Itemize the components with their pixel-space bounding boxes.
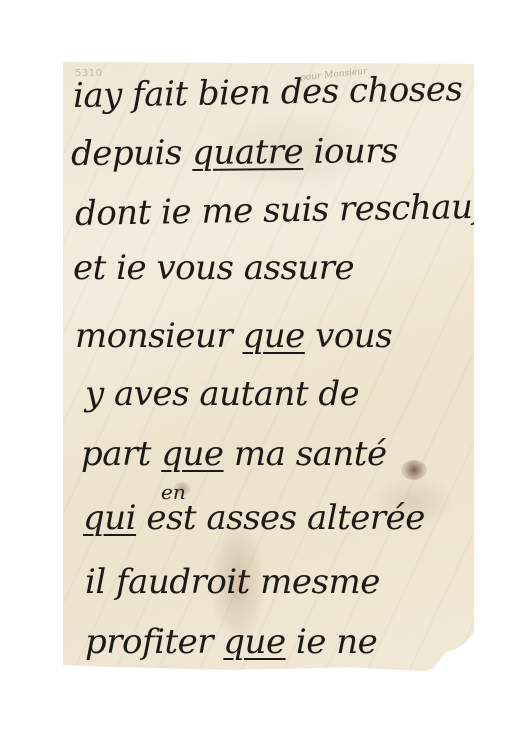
line-7-underlined: que xyxy=(161,434,223,474)
line-7-part-a: part xyxy=(81,434,161,474)
manuscript-line-3: dont ie me suis reschauffée xyxy=(75,186,530,234)
manuscript-line-8: qui est asses alterée xyxy=(83,498,425,538)
line-5-part-a: monsieur xyxy=(75,316,243,356)
line-8-underlined: qui xyxy=(83,498,136,538)
line-2-part-a: depuis xyxy=(71,133,193,174)
line-5-part-b: vous xyxy=(305,316,392,356)
line-10-underlined: que xyxy=(223,622,285,662)
line-2-underlined: quatre xyxy=(192,132,303,173)
manuscript-line-6: y aves autant de xyxy=(85,374,359,414)
ink-smudge xyxy=(173,482,191,496)
line-7-part-b: ma santé xyxy=(224,434,387,474)
manuscript-line-1: iay fait bien des choses xyxy=(73,69,463,116)
line-8-part-b: est asses alterée xyxy=(136,498,425,538)
line-10-part-a: profiter xyxy=(85,622,223,662)
catalog-number: 5310 xyxy=(75,68,102,79)
manuscript-page: 5310 pour Monsieur iay fait bien des cho… xyxy=(63,62,474,676)
ink-blot-stain xyxy=(401,460,427,480)
line-2-part-b: iours xyxy=(303,131,398,172)
manuscript-line-5: monsieur que vous xyxy=(75,316,392,356)
manuscript-line-9: il faudroit mesme xyxy=(85,562,380,602)
manuscript-line-7: part que ma santé xyxy=(81,434,387,474)
interlinear-insertion: en xyxy=(161,480,186,504)
line-10-part-b: ie ne xyxy=(286,622,378,662)
manuscript-line-2: depuis quatre iours xyxy=(71,131,398,174)
pencil-annotation: pour Monsieur xyxy=(300,66,368,83)
manuscript-line-4: et ie vous assure xyxy=(73,248,354,288)
line-5-underlined: que xyxy=(243,316,305,356)
manuscript-line-10: profiter que ie ne xyxy=(85,622,377,662)
